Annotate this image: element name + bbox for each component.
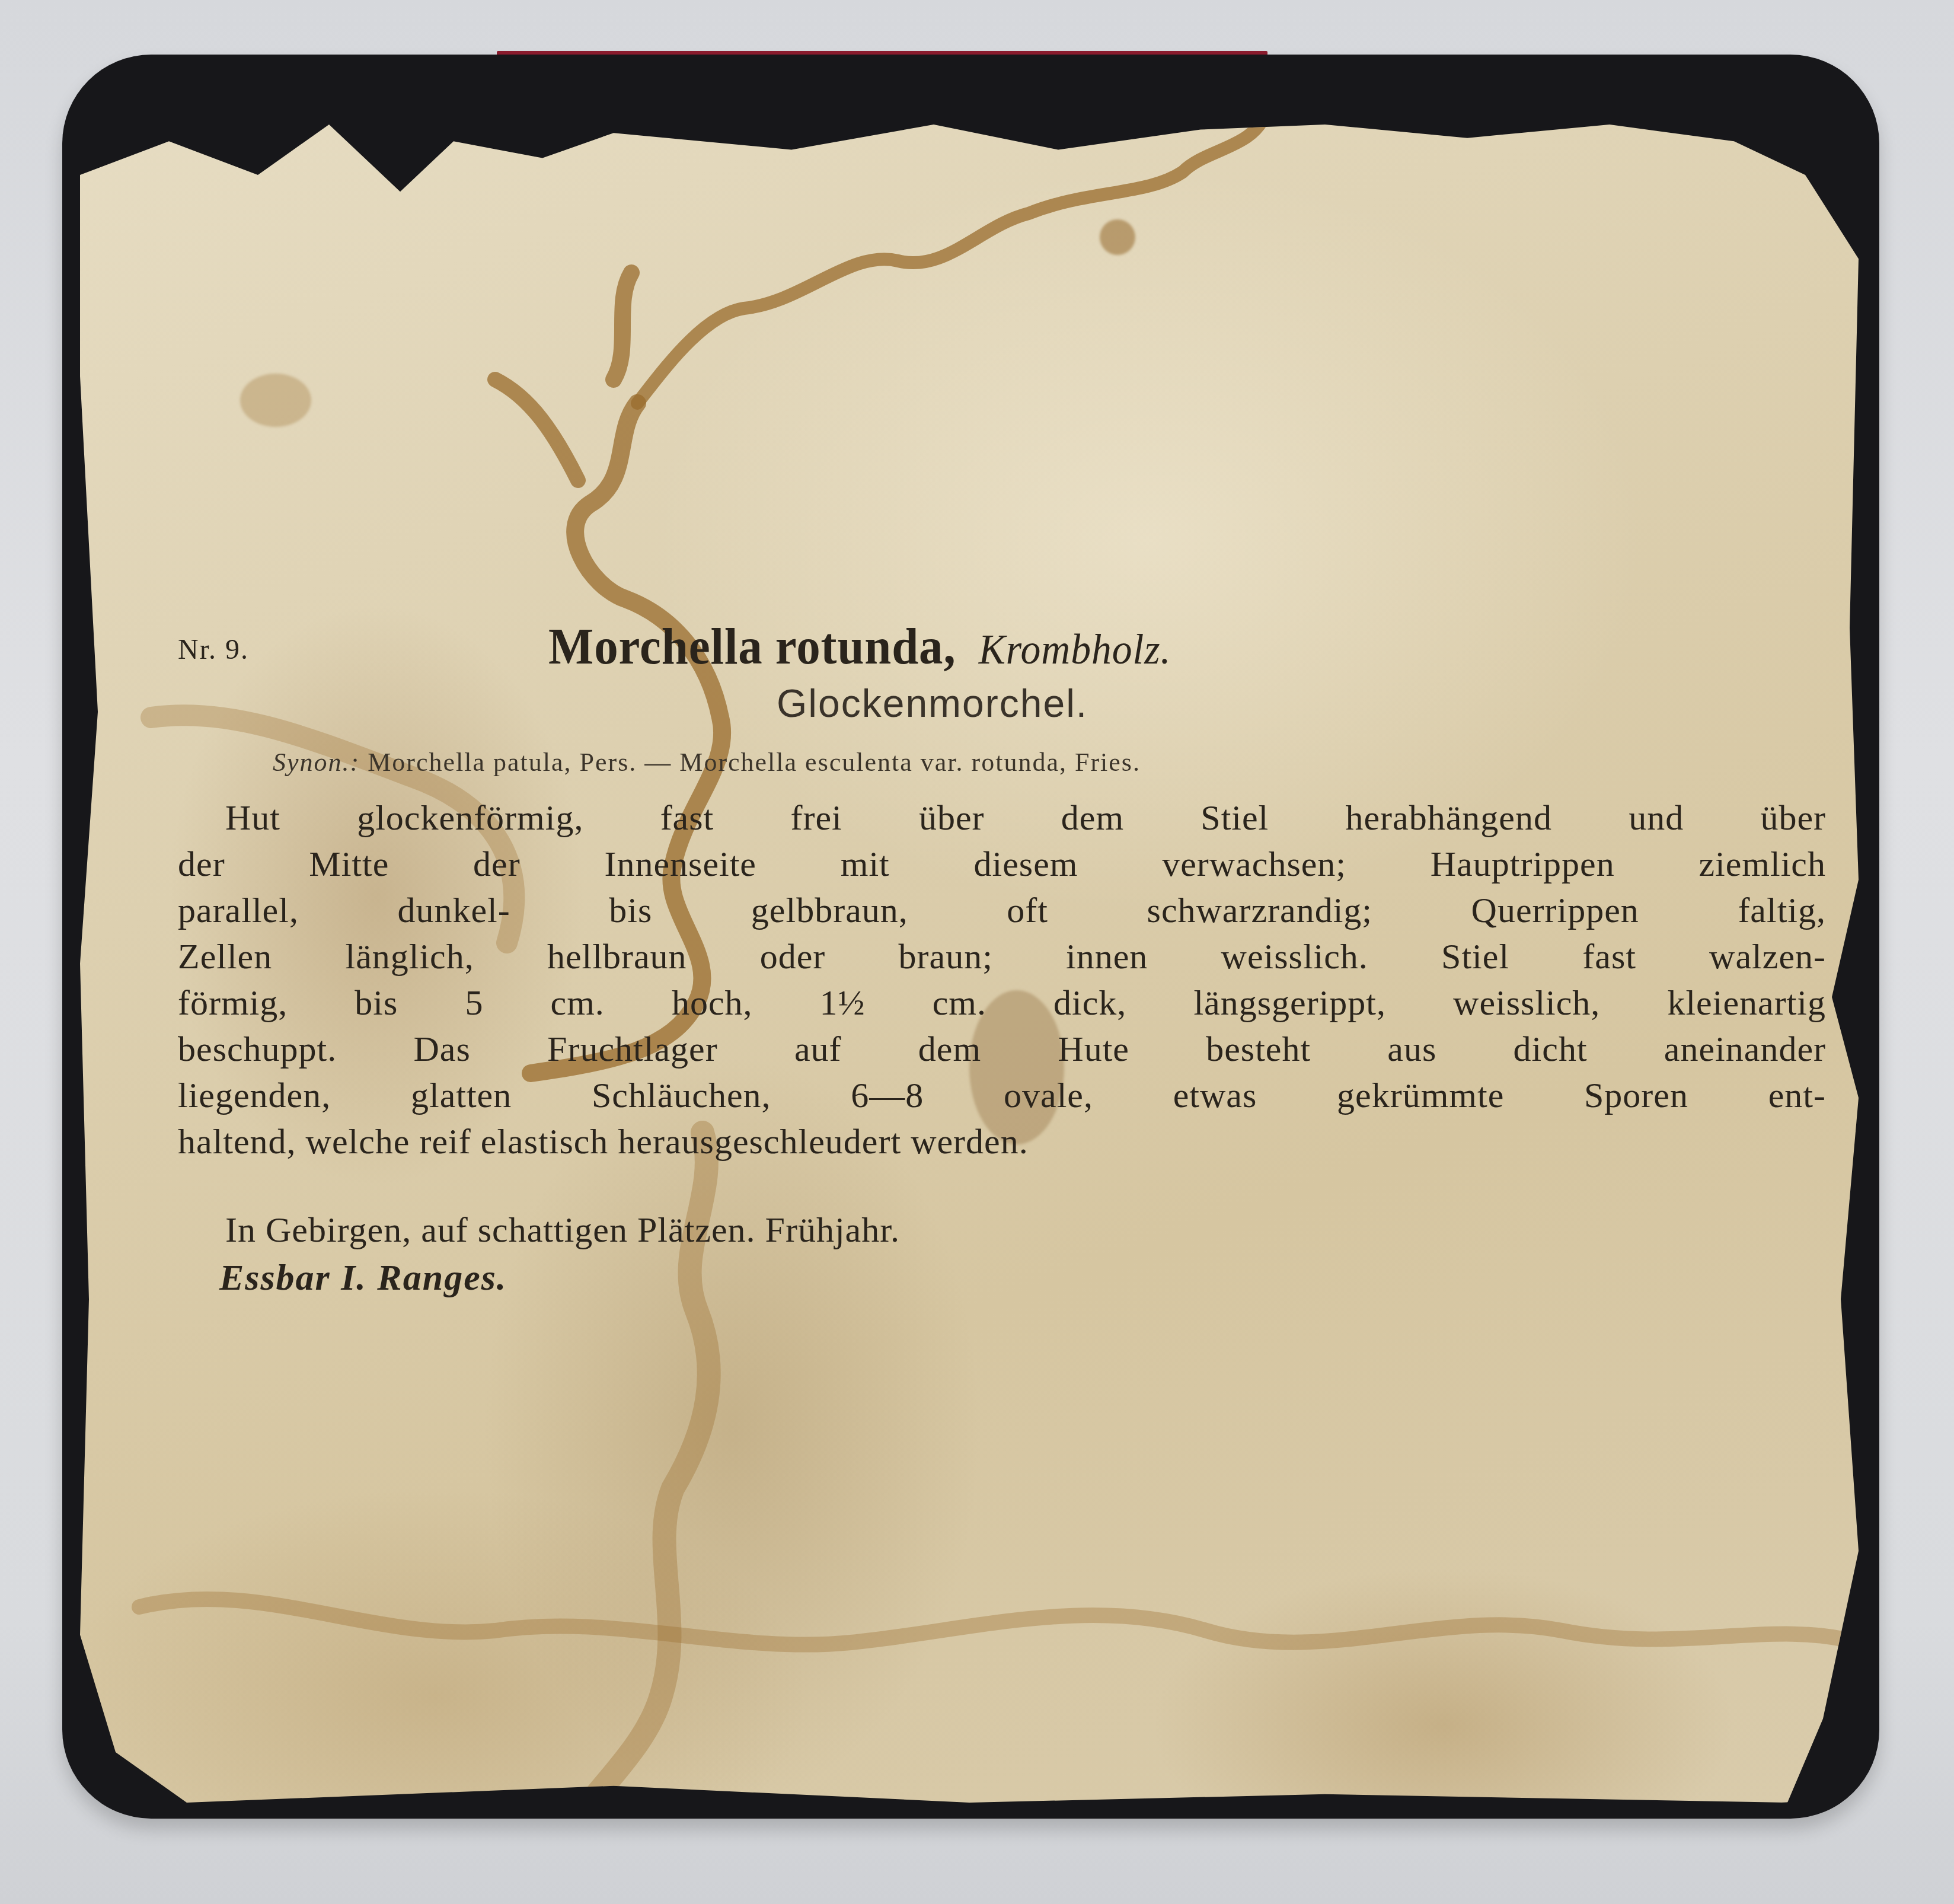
scientific-name: Morchella rotunda, Krombholz. [548, 617, 1171, 676]
author-name: Krombholz. [979, 626, 1171, 673]
specimen-description: Nr. 9. Morchella rotunda, Krombholz. Glo… [178, 617, 1838, 682]
description-line: haltend, welche reif elastisch herausges… [178, 1118, 1826, 1165]
common-name: Glockenmorchel. [777, 681, 1088, 726]
stain-spot [240, 374, 311, 427]
description-line: der Mitte der Innenseite mit diesem verw… [178, 841, 1826, 887]
description-line: parallel, dunkel- bis gelbbraun, oft sch… [178, 887, 1826, 933]
edibility-rating: Essbar I. Ranges. [219, 1257, 507, 1299]
description-line: förmig, bis 5 cm. hoch, 1½ cm. dick, län… [178, 980, 1826, 1026]
scientific-name-text: Morchella rotunda, [548, 618, 956, 675]
synonyms-label: Synon.: [273, 748, 360, 777]
stain-spot [1100, 219, 1135, 255]
description: Hut glockenförmig, fast frei über dem St… [178, 795, 1826, 1165]
description-line: Zellen länglich, hellbraun oder braun; i… [178, 933, 1826, 980]
synonyms-text: Morchella patula, Pers. — Morchella escu… [368, 748, 1141, 777]
description-line: Hut glockenförmig, fast frei über dem St… [178, 795, 1826, 841]
synonyms: Synon.: Morchella patula, Pers. — Morche… [273, 747, 1141, 777]
description-line: beschuppt. Das Fruchtlager auf dem Hute … [178, 1026, 1826, 1072]
title-row: Nr. 9. Morchella rotunda, Krombholz. [178, 617, 1838, 682]
description-line: liegenden, glatten Schläuchen, 6—8 ovale… [178, 1072, 1826, 1118]
photo-scene: Nr. 9. Morchella rotunda, Krombholz. Glo… [0, 0, 1954, 1904]
specimen-number: Nr. 9. [178, 633, 249, 666]
habitat-season: In Gebirgen, auf schattigen Plätzen. Frü… [225, 1210, 900, 1251]
